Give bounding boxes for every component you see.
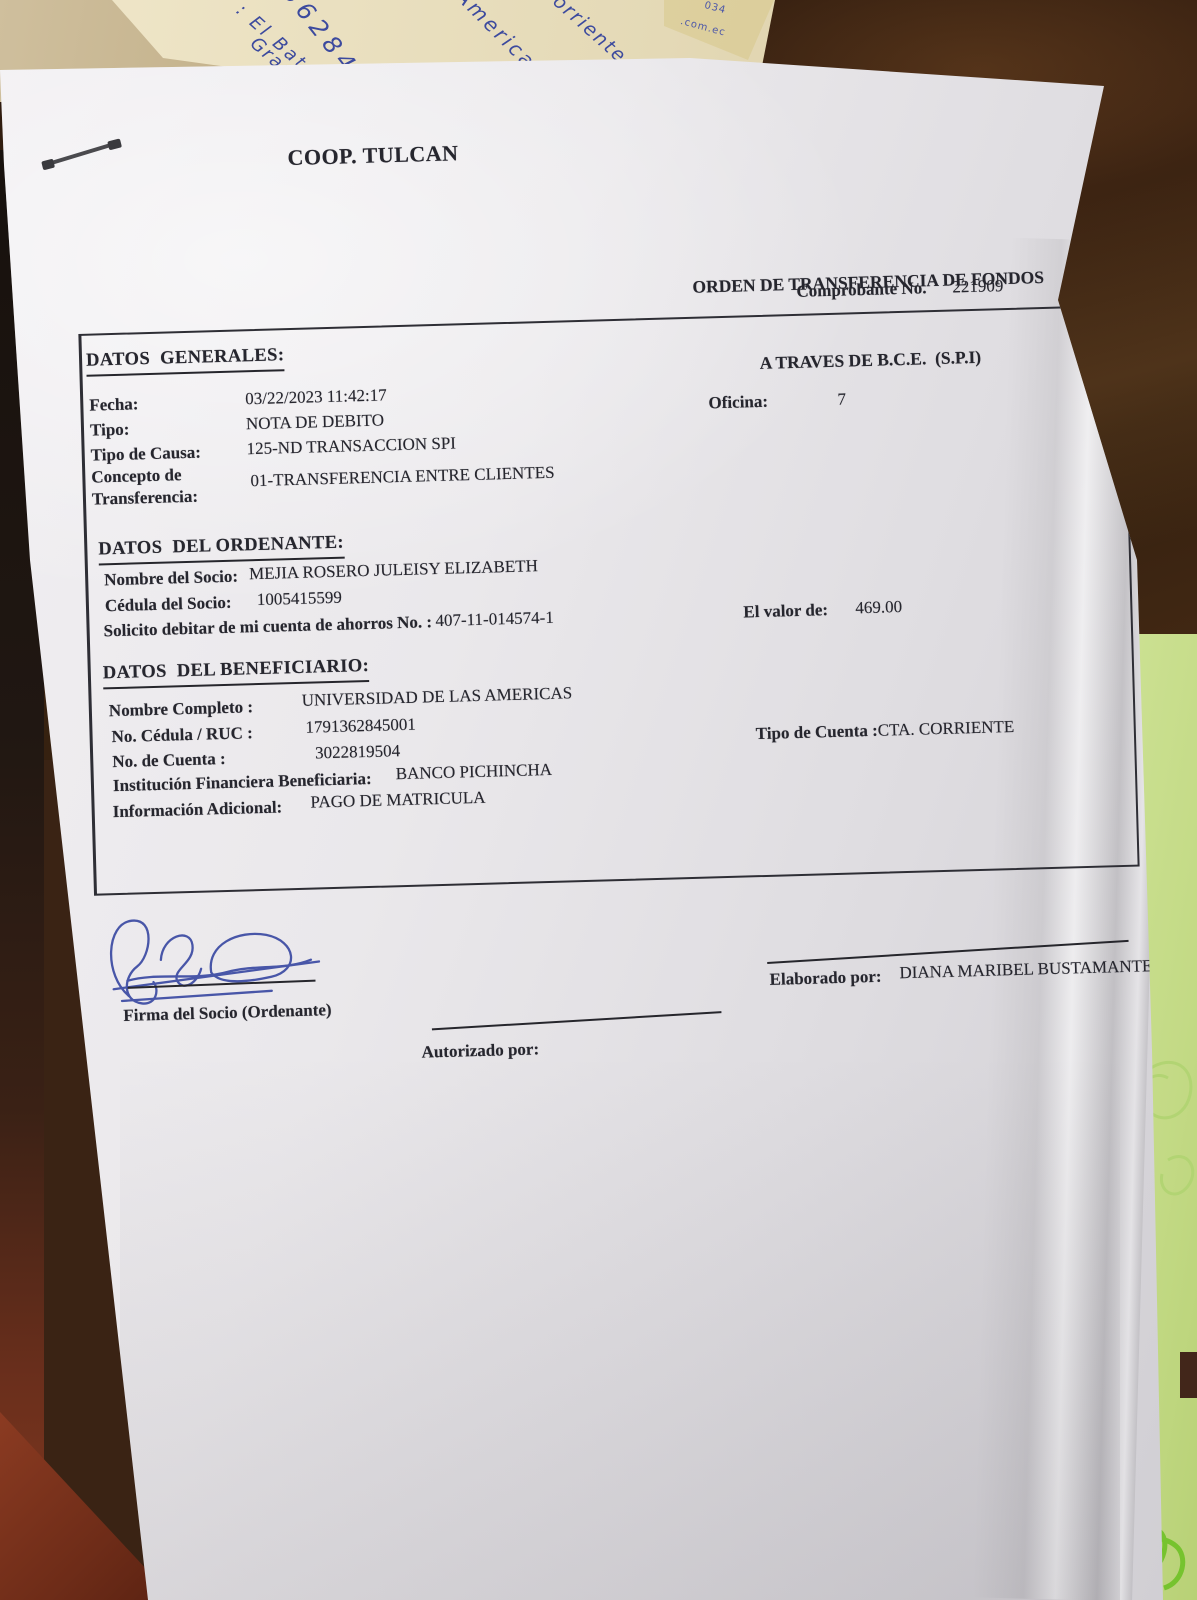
comprobante-label: Comprobante No. — [796, 277, 927, 302]
concepto-label-line1: Concepto de — [91, 464, 182, 488]
socio-cedula-label: Cédula del Socio: — [105, 592, 232, 617]
elaborado-value: DIANA MARIBEL BUSTAMANTE — [899, 956, 1152, 982]
comprobante-value: 221909 — [952, 275, 1004, 298]
tipo-label: Tipo: — [90, 419, 130, 441]
bank-name: COOP. TULCAN — [287, 139, 459, 171]
beneficiario-cuenta-value: 3022819504 — [315, 740, 401, 764]
socio-cedula-value: 1005415599 — [257, 587, 343, 611]
oficina-label: Oficina: — [708, 391, 768, 414]
fecha-value: 03/22/2023 11:42:17 — [245, 384, 387, 409]
transfer-order-form: COOP. TULCAN ORDEN DE TRANSFERENCIA DE F… — [0, 0, 1197, 1599]
tipo-cuenta-value: CTA. CORRIENTE — [877, 717, 1014, 740]
institucion-value: BANCO PICHINCHA — [395, 759, 552, 785]
beneficiario-cuenta-label: No. de Cuenta : — [112, 748, 226, 772]
beneficiario-nombre-label: Nombre Completo : — [109, 696, 254, 721]
autorizado-label: Autorizado por: — [421, 1038, 539, 1063]
socio-nombre-label: Nombre del Socio: — [104, 566, 238, 591]
beneficiario-ruc-value: 1791362845001 — [305, 714, 416, 738]
valor-value: 469.00 — [855, 596, 902, 619]
tipo-cuenta-label: Tipo de Cuenta : — [756, 721, 878, 743]
elaborado-row: Elaborado por:DIANA MARIBEL BUSTAMANTE — [769, 958, 1152, 990]
elaborado-label: Elaborado por: — [769, 967, 881, 989]
autorizado-line — [432, 1011, 722, 1030]
valor-label: El valor de: — [743, 599, 828, 623]
oficina-value: 7 — [837, 389, 846, 410]
fecha-label: Fecha: — [89, 393, 139, 416]
document-paper: COOP. TULCAN ORDEN DE TRANSFERENCIA DE F… — [0, 0, 1197, 1600]
section-heading-generales: DATOS GENERALES: — [86, 344, 285, 377]
concepto-label-line2: Transferencia: — [92, 486, 199, 510]
beneficiario-ruc-label: No. Cédula / RUC : — [111, 722, 253, 747]
tipo-causa-label: Tipo de Causa: — [90, 442, 201, 466]
firma-label: Firma del Socio (Ordenante) — [123, 999, 332, 1026]
ordenante-signature — [97, 903, 328, 1009]
tipo-value: NOTA DE DEBITO — [246, 409, 385, 434]
cuenta-debito-value: 407-11-014574-1 — [435, 607, 554, 632]
